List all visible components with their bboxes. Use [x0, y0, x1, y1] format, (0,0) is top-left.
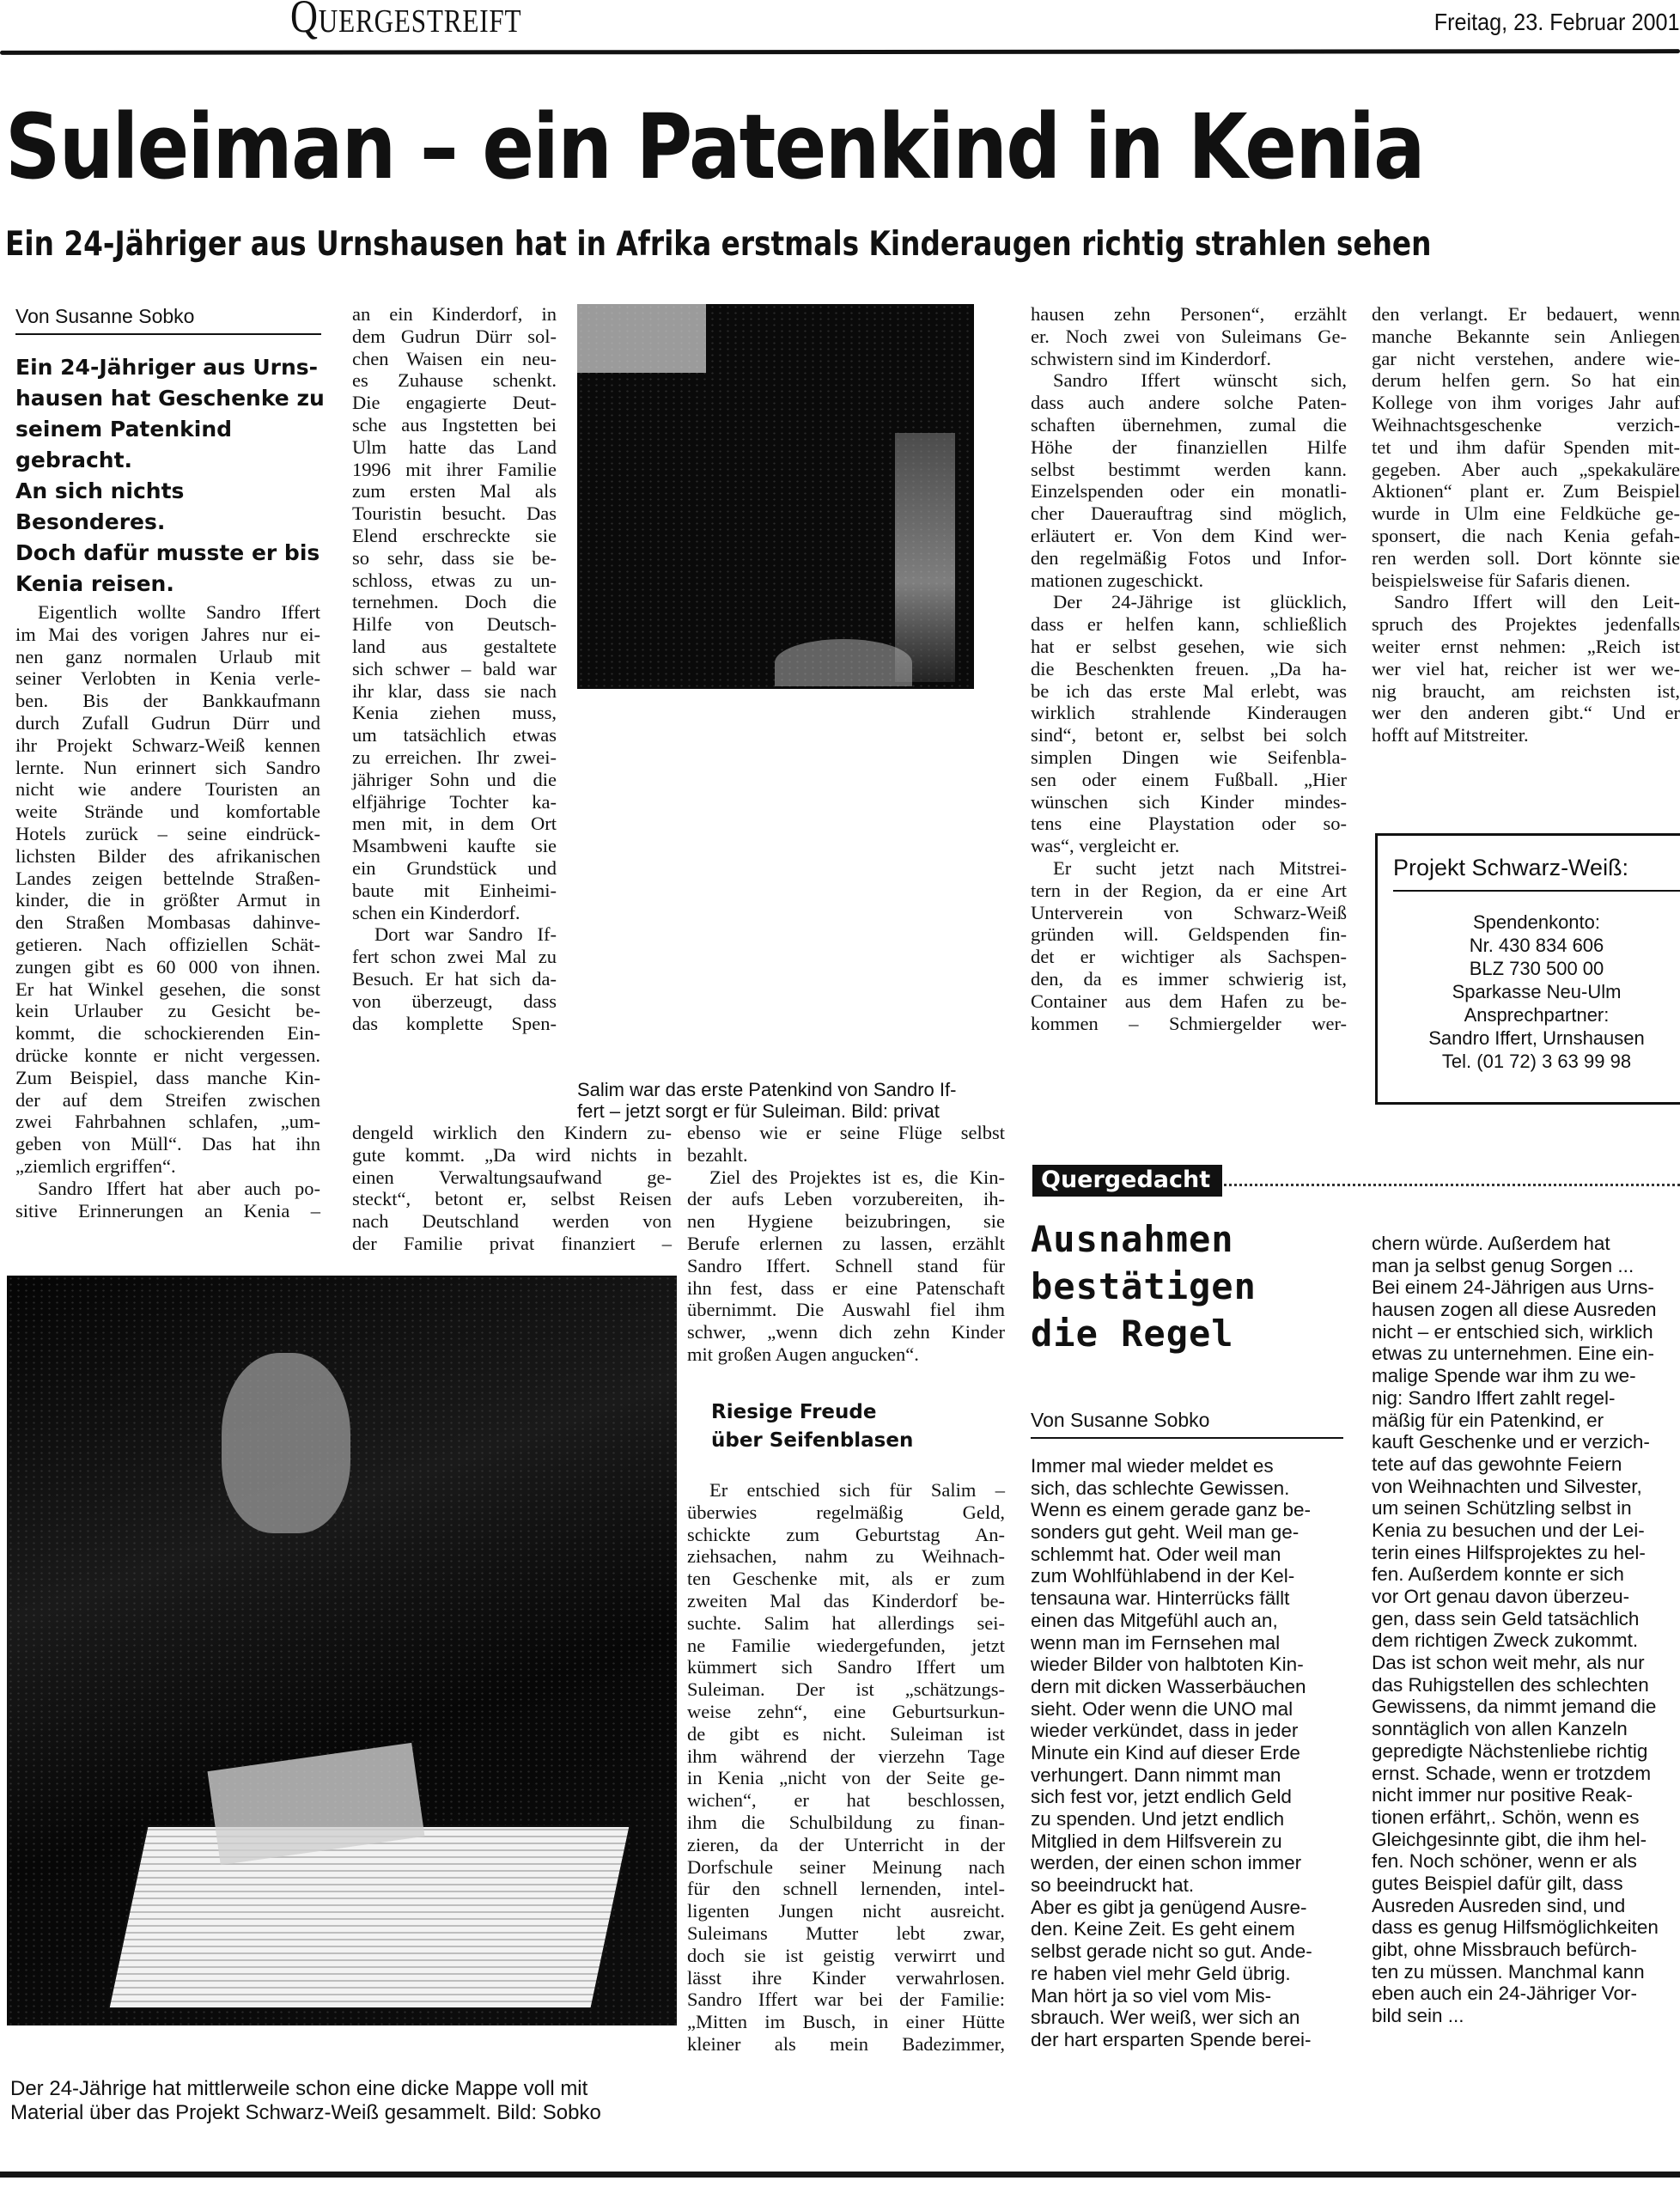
photo-caption-1: Salim war das erste Patenkind von Sandro… — [577, 1079, 1007, 1122]
text-line: dengeld wirklich den Kindern zu- — [352, 1122, 672, 1144]
text-line: etwas zu unternehmen. Eine ein- — [1372, 1343, 1680, 1365]
text-line: Sandro Iffert will den Leit- — [1372, 591, 1680, 613]
text-line: weite Strände und komfortable — [15, 801, 320, 823]
text-line: um tatsächlich etwas — [352, 724, 557, 746]
text-line: ein Grundstück und — [352, 857, 557, 880]
text-line: sponsert, die nach Kenia gefah- — [1372, 525, 1680, 547]
text-line: Ulm hatte das Land — [352, 436, 557, 459]
text-line: Der 24-Jährige hat mittlerweile schon ei… — [10, 2077, 680, 2101]
text-line: gepredigte Nächstenliebe richtig — [1372, 1740, 1680, 1763]
text-line: Sandro Iffert hat aber auch po- — [15, 1178, 320, 1200]
text-line: wichen“, er hat beschlossen, — [687, 1789, 1005, 1812]
article-column-2: an ein Kinderdorf, indem Gudrun Dürr sol… — [352, 303, 557, 1034]
text-line: zweiten Mal das Kinderdorf be- — [687, 1590, 1005, 1612]
text-line: einen das Mitgefühl auch an, — [1031, 1610, 1348, 1632]
text-line: zu erreichen. Ihr zwei- — [352, 746, 557, 769]
text-line: wurde in Ulm eine Feldküche ge- — [1372, 503, 1680, 525]
text-line: tete auf das gewohnte Feiern — [1372, 1453, 1680, 1476]
photo-salim — [577, 304, 974, 689]
text-line: von Weihnachten und Silvester, — [1372, 1476, 1680, 1498]
text-line: lernte. Nun erinnert sich Sandro — [15, 757, 320, 779]
text-line: gegeben. Aber auch „spekakuläre — [1372, 459, 1680, 481]
text-line: be ich das erste Mal erlebt, was — [1031, 680, 1347, 703]
text-line: cher Dauerauftrag sind möglich, — [1031, 503, 1347, 525]
text-line: „Mitten im Busch, in einer Hütte — [687, 2011, 1005, 2033]
text-line: gutes Beispiel dafür gilt, dass — [1372, 1873, 1680, 1895]
text-line: Aber es gibt ja genügend Ausre- — [1031, 1897, 1348, 1919]
text-line: sind“, betont er, selbst bei solch — [1031, 724, 1347, 746]
text-line: in Kenia „nicht von der Seite ge- — [687, 1767, 1005, 1789]
text-line: von überzeugt, dass — [352, 990, 557, 1013]
text-line: an ein Kinderdorf, in — [352, 303, 557, 326]
text-line: wünschen sich Kinder mindes- — [1031, 791, 1347, 813]
text-line: einen Verwaltungsaufwand ge- — [352, 1167, 672, 1189]
text-line: elfjährige Tochter ka- — [352, 791, 557, 813]
text-line: so beeindruckt hat. — [1031, 1874, 1348, 1897]
text-line: kein Urlauber zu Gesicht be- — [15, 1000, 320, 1022]
text-line: schen ein Kinderdorf. — [352, 902, 557, 924]
text-line: simplen Dingen wie Seifenbla- — [1031, 746, 1347, 769]
commentary-column-1: Immer mal wieder meldet essich, das schl… — [1031, 1455, 1348, 2051]
text-line: mit großen Augen angucken“. — [687, 1343, 1005, 1366]
text-line: Spendenkonto: — [1378, 911, 1680, 934]
text-line: nach Deutschland werden von — [352, 1210, 672, 1233]
text-line: Hilfe von Deutsch- — [352, 613, 557, 636]
text-line: Material über das Projekt Schwarz-Weiß g… — [10, 2101, 680, 2125]
text-line: dem Gudrun Dürr sol- — [352, 326, 557, 348]
text-line: bestätigen — [1031, 1263, 1357, 1310]
text-line: Landes zeigen bettelnde Straßen- — [15, 868, 320, 890]
text-line: „ziemlich ergriffen“. — [15, 1155, 320, 1178]
text-line: er. Noch zwei von Suleimans Ge- — [1031, 326, 1347, 348]
photo-face — [222, 1353, 350, 1533]
text-line: schickte zum Geburtstag An- — [687, 1524, 1005, 1546]
text-line: sieht. Oder wenn die UNO mal — [1031, 1698, 1348, 1721]
text-line: die Beschenkten freuen. „Da ha- — [1031, 658, 1347, 680]
text-line: über Seifenblasen — [711, 1427, 1003, 1455]
text-line: lässt ihre Kinder verwahrlosen. — [687, 1967, 1005, 1989]
text-line: tens eine Playstation oder so- — [1031, 813, 1347, 835]
text-line: spruch des Projektes jedenfalls — [1372, 613, 1680, 636]
text-line: Touristin besucht. Das — [352, 503, 557, 525]
text-line: Sandro Iffert. Schnell stand für — [687, 1255, 1005, 1277]
text-line: gar nicht verstehen, andere wie- — [1372, 348, 1680, 370]
text-line: sbrauch. Wer weiß, wer sich an — [1031, 2007, 1348, 2029]
text-line: zum Wohlfühlabend in der Kel- — [1031, 1565, 1348, 1587]
text-line: den Straßen Mombasas dahinve- — [15, 911, 320, 934]
text-line: Die engagierte Deut- — [352, 392, 557, 414]
text-line: ten zu müssen. Manchmal kann — [1372, 1961, 1680, 1983]
text-line: malige Spende war ihm zu we- — [1372, 1365, 1680, 1387]
text-line: derum helfen gern. So hat ein — [1372, 369, 1680, 392]
text-line: re haben viel mehr Geld übrig. — [1031, 1963, 1348, 1985]
text-line: das Ruhigstellen des schlechten — [1372, 1674, 1680, 1696]
info-box-details: Spendenkonto:Nr. 430 834 606BLZ 730 500 … — [1378, 911, 1680, 1073]
text-line: dass auch andere solche Paten- — [1031, 392, 1347, 414]
text-line: ebenso wie er seine Flüge selbst — [687, 1122, 1005, 1144]
commentary-tag: Quergedacht — [1032, 1165, 1222, 1197]
commentary-column-2: chern würde. Außerdem hatman ja selbst g… — [1372, 1233, 1680, 2027]
text-line: Tel. (01 72) 3 63 99 98 — [1378, 1050, 1680, 1073]
text-line: chern würde. Außerdem hat — [1372, 1233, 1680, 1255]
text-line: wer viel hat, reicher ist wer we- — [1372, 658, 1680, 680]
text-line: Er entschied sich für Salim – — [687, 1479, 1005, 1502]
text-line: im Mai des vorigen Jahres nur ei- — [15, 624, 320, 646]
text-line: kümmert sich Sandro Iffert um — [687, 1656, 1005, 1678]
text-line: suchte. Salim hat allerdings sei- — [687, 1612, 1005, 1635]
text-line: Unterverein von Schwarz-Weiß — [1031, 902, 1347, 924]
text-line: zu spenden. Und jetzt endlich — [1031, 1808, 1348, 1830]
text-line: Sandro Iffert war bei der Familie: — [687, 1989, 1005, 2011]
commentary-byline: Von Susanne Sobko — [1031, 1409, 1343, 1439]
photo-highlight — [577, 304, 706, 373]
text-line: Bei einem 24-Jährigen aus Urns- — [1372, 1276, 1680, 1299]
article-column-4: hausen zehn Personen“, erzählter. Noch z… — [1031, 303, 1347, 1034]
section-masthead: Quergestreift — [290, 0, 521, 43]
text-line: für den schnell lernenden, intel- — [687, 1878, 1005, 1900]
text-line: Eigentlich wollte Sandro Iffert — [15, 601, 320, 624]
text-line: schlemmt hat. Oder weil man — [1031, 1544, 1348, 1566]
text-line: Riesige Freude — [711, 1398, 1003, 1427]
text-line: Er sucht jetzt nach Mitstrei- — [1031, 857, 1347, 880]
text-line: selbst gerade nicht so gut. Ande- — [1031, 1940, 1348, 1963]
article-column-1: Eigentlich wollte Sandro Iffertim Mai de… — [15, 601, 320, 1221]
text-line: wenn man im Fernsehen mal — [1031, 1632, 1348, 1654]
text-line: tionen erfährt,. Schön, wenn es — [1372, 1806, 1680, 1829]
text-line: steckt“, betont er, selbst Reisen — [352, 1188, 672, 1210]
text-line: Weihnachtsgeschenke verzich- — [1372, 414, 1680, 436]
info-box-title: Projekt Schwarz-Weiß: — [1393, 855, 1680, 892]
text-line: nen ganz normalen Urlaub mit — [15, 646, 320, 668]
commentary-title: Ausnahmenbestätigendie Regel — [1031, 1215, 1357, 1357]
text-line: Gleichgesinnte gibt, die ihm hel- — [1372, 1829, 1680, 1851]
text-line: Höhe der finanziellen Hilfe — [1031, 436, 1347, 459]
text-line: Doch dafür musste er bis — [15, 538, 333, 569]
text-line: erläutert er. Von dem Kind wer- — [1031, 525, 1347, 547]
text-line: jähriger Sohn und die — [352, 769, 557, 791]
text-line: sich, das schlechte Gewissen. — [1031, 1477, 1348, 1500]
text-line: de gibt es nicht. Suleiman ist — [687, 1723, 1005, 1745]
text-line: schwistern sind im Kinderdorf. — [1031, 348, 1347, 370]
text-line: Kenia ziehen muss, — [352, 702, 557, 724]
text-line: Immer mal wieder meldet es — [1031, 1455, 1348, 1477]
text-line: verhungert. Dann nimmt man — [1031, 1764, 1348, 1787]
text-line: land aus gestaltete — [352, 636, 557, 658]
text-line: gen, dass sein Geld tatsächlich — [1372, 1608, 1680, 1630]
text-line: Sandro Iffert, Urnshausen — [1378, 1026, 1680, 1050]
photo-caption-2: Der 24-Jährige hat mittlerweile schon ei… — [10, 2077, 680, 2125]
text-line: schloss, etwas zu un- — [352, 570, 557, 592]
text-line: gründen will. Geldspenden fin- — [1031, 923, 1347, 946]
text-line: wer den anderen gibt.“ Und er — [1372, 702, 1680, 724]
text-line: dass er helfen kann, schließlich — [1031, 613, 1347, 636]
text-line: terin eines Hilfsprojektes zu hel- — [1372, 1542, 1680, 1564]
text-line: BLZ 730 500 00 — [1378, 957, 1680, 980]
text-line: sonders gut geht. Weil man ge- — [1031, 1521, 1348, 1544]
text-line: ihm die Schulbildung zu finan- — [687, 1812, 1005, 1834]
text-line: Suleimans Mutter lebt zwar, — [687, 1922, 1005, 1945]
text-line: getieren. Nach offiziellen Schät- — [15, 934, 320, 956]
text-line: fen. Außerdem konnte er sich — [1372, 1563, 1680, 1586]
text-line: so sehr, dass sie be- — [352, 547, 557, 570]
text-line: sich schwer – bald war — [352, 658, 557, 680]
text-line: mäßig für ein Patenkind, er — [1372, 1410, 1680, 1432]
article-column-3-continued: Er entschied sich für Salim –überwies re… — [687, 1479, 1005, 2056]
text-line: Zum Beispiel, dass manche Kin- — [15, 1067, 320, 1089]
text-line: den regelmäßig Fotos und Infor- — [1031, 547, 1347, 570]
footer-rule — [0, 2172, 1680, 2178]
text-line: Einzelspenden oder ein monatli- — [1031, 480, 1347, 503]
text-line: durch Zufall Gudrun Dürr und — [15, 712, 320, 734]
text-line: kommen – Schmiergelder wer- — [1031, 1013, 1347, 1035]
text-line: der hart ersparten Spende berei- — [1031, 2029, 1348, 2051]
text-line: um seinen Schützling selbst in — [1372, 1497, 1680, 1520]
text-line: es Zuhause schenkt. — [352, 369, 557, 392]
text-line: sitive Erinnerungen an Kenia – — [15, 1200, 320, 1222]
text-line: ternehmen. Doch die — [352, 591, 557, 613]
text-line: Minute ein Kind auf dieser Erde — [1031, 1742, 1348, 1764]
text-line: beispielsweise für Safaris dienen. — [1372, 570, 1680, 592]
text-line: nig braucht, am reichsten ist, — [1372, 680, 1680, 703]
text-line: ihr Projekt Schwarz-Weiß kennen — [15, 734, 320, 757]
text-line: man ja selbst genug Sorgen ... — [1372, 1255, 1680, 1277]
text-line: kommt, die schockierenden Ein- — [15, 1022, 320, 1045]
text-line: dem richtigen Zweck zukommt. — [1372, 1629, 1680, 1652]
photo-highlight — [775, 639, 912, 686]
text-line: Sandro Iffert wünscht sich, — [1031, 369, 1347, 392]
article-column-2-continued: dengeld wirklich den Kindern zu-gute kom… — [352, 1122, 672, 1255]
text-line: ernst. Schade, wenn er trotzdem — [1372, 1763, 1680, 1785]
text-line: sche aus Ingstetten bei — [352, 414, 557, 436]
text-line: Dorfschule seiner Meinung nach — [687, 1856, 1005, 1879]
text-line: hat er selbst gesehen, wie sich — [1031, 636, 1347, 658]
photo-sandro-iffert — [7, 1276, 677, 2025]
text-line: Elend erschreckte sie — [352, 525, 557, 547]
text-line: fert schon zwei Mal zu — [352, 946, 557, 968]
text-line: Msambweni kaufte sie — [352, 835, 557, 857]
text-line: gibt, ohne Missbrauch befürch- — [1372, 1939, 1680, 1961]
text-line: überwies regelmäßig Geld, — [687, 1502, 1005, 1524]
text-line: seinem Patenkind gebracht. — [15, 414, 333, 476]
text-line: Dort war Sandro If- — [352, 923, 557, 946]
text-line: 1996 mit ihrer Familie — [352, 459, 557, 481]
text-line: nen Hygiene beizubringen, sie — [687, 1210, 1005, 1233]
text-line: nig: Sandro Iffert zahlt regel- — [1372, 1387, 1680, 1410]
issue-date: Freitag, 23. Februar 2001 — [1434, 9, 1680, 36]
text-line: ihm während der vierzehn Tage — [687, 1745, 1005, 1768]
text-line: tensauna war. Hinterrücks fällt — [1031, 1587, 1348, 1610]
text-line: der Familie privat finanziert – — [352, 1233, 672, 1255]
text-line: eben auch ein 24-Jähriger Vor- — [1372, 1983, 1680, 2005]
text-line: hausen hat Geschenke zu — [15, 383, 333, 414]
text-line: gute kommt. „Da wird nichts in — [352, 1144, 672, 1167]
text-line: Suleiman. Der ist „schätzungs- — [687, 1678, 1005, 1701]
text-line: fert – jetzt sorgt er für Suleiman. Bild… — [577, 1100, 1007, 1122]
text-line: dern mit dicken Wasserbäuchen — [1031, 1676, 1348, 1698]
text-line: Kenia zu besuchen und der Lei- — [1372, 1520, 1680, 1542]
text-line: sich fest vor, jetzt endlich Geld — [1031, 1786, 1348, 1808]
dotted-rule — [1224, 1184, 1680, 1186]
text-line: was“, vergleicht er. — [1031, 835, 1347, 857]
text-line: An sich nichts Besonderes. — [15, 476, 333, 538]
article-subheadline: Ein 24-Jähriger aus Urnshausen hat in Af… — [5, 225, 1431, 264]
text-line: Er hat Winkel gesehen, die sonst — [15, 978, 320, 1001]
text-line: ben. Bis der Bankkaufmann — [15, 690, 320, 712]
text-line: mationen zugeschickt. — [1031, 570, 1347, 592]
text-line: Wenn es einem gerade ganz be- — [1031, 1499, 1348, 1521]
text-line: Ansprechpartner: — [1378, 1003, 1680, 1026]
text-line: nicht immer nur positive Reak- — [1372, 1784, 1680, 1806]
text-line: Kollege von ihm voriges Jahr auf — [1372, 392, 1680, 414]
text-line: kinder, die in größter Armut in — [15, 889, 320, 911]
text-line: baute mit Einheimi- — [352, 880, 557, 902]
text-line: hofft auf Mitstreiter. — [1372, 724, 1680, 746]
text-line: tet und ihm dafür Spenden mit- — [1372, 436, 1680, 459]
text-line: Ein 24-Jähriger aus Urns- — [15, 352, 333, 383]
text-line: schwer, „wenn dich zehn Kinder — [687, 1321, 1005, 1343]
text-line: weise zehn“, eine Geburtsurkun- — [687, 1701, 1005, 1723]
text-line: zum ersten Mal als — [352, 480, 557, 503]
text-line: dass es genug Hilfsmöglichkeiten — [1372, 1916, 1680, 1939]
text-line: zwei Fahrbahnen schlafen, „um- — [15, 1111, 320, 1133]
text-line: sen oder einem Fußball. „Hier — [1031, 769, 1347, 791]
text-line: Das ist schon weit mehr, als nur — [1372, 1652, 1680, 1674]
text-line: kleiner als mein Badezimmer, — [687, 2033, 1005, 2056]
text-line: der aufs Leben vorzubereiten, ih- — [687, 1188, 1005, 1210]
text-line: Kenia reisen. — [15, 569, 333, 600]
donation-info-box: Projekt Schwarz-Weiß: Spendenkonto:Nr. 4… — [1375, 833, 1680, 1105]
text-line: hausen zehn Personen“, erzählt — [1031, 303, 1347, 326]
text-line: ligenten Jungen nicht ausreicht. — [687, 1900, 1005, 1922]
text-line: nicht – er entschied sich, wirklich — [1372, 1321, 1680, 1343]
text-line: übernimmt. Die Auswahl fiel ihm — [687, 1299, 1005, 1321]
text-line: vor Ort genau davon überzeu- — [1372, 1586, 1680, 1608]
text-line: seiner Verlobten in Kenia verle- — [15, 667, 320, 690]
text-line: Mitglied in dem Hilfsverein zu — [1031, 1830, 1348, 1853]
text-line: Man hört ja so viel vom Mis- — [1031, 1985, 1348, 2007]
text-line: ten Geschenke mit, als er zum — [687, 1568, 1005, 1590]
text-line: tern in der Region, da er eine Art — [1031, 880, 1347, 902]
header-rule — [0, 49, 1680, 55]
article-column-5: den verlangt. Er bedauert, wennmanche Be… — [1372, 303, 1680, 746]
text-line: den. Keine Zeit. Es geht einem — [1031, 1918, 1348, 1940]
text-line: ren werden soll. Dort könnte sie — [1372, 547, 1680, 570]
byline: Von Susanne Sobko — [15, 305, 321, 335]
text-line: bezahlt. — [687, 1144, 1005, 1167]
text-line: Ausnahmen — [1031, 1215, 1357, 1263]
text-line: wirklich strahlende Kinderaugen — [1031, 702, 1347, 724]
text-line: wieder Bilder von halbtoten Kin- — [1031, 1654, 1348, 1676]
text-line: fen. Noch schöner, wenn er als — [1372, 1850, 1680, 1873]
text-line: men mit, in dem Ort — [352, 813, 557, 835]
text-line: Berufe erlernen zu lassen, erzählt — [687, 1233, 1005, 1255]
text-line: Sparkasse Neu-Ulm — [1378, 980, 1680, 1003]
photo-highlight — [895, 433, 955, 682]
text-line: Aktionen“ plant er. Zum Beispiel — [1372, 480, 1680, 503]
text-line: den, da es immer schwierig ist, — [1031, 968, 1347, 990]
text-line: Der 24-Jährige ist glücklich, — [1031, 591, 1347, 613]
text-line: Gewissens, da nimmt jemand die — [1372, 1696, 1680, 1718]
text-line: bild sein ... — [1372, 2005, 1680, 2027]
text-line: Container aus dem Hafen zu be- — [1031, 990, 1347, 1013]
text-line: selbst bestimmt werden kann. — [1031, 459, 1347, 481]
text-line: Ziel des Projektes ist es, die Kin- — [687, 1167, 1005, 1189]
text-line: drücke konnte er nicht vergessen. — [15, 1045, 320, 1067]
photo-folder — [107, 1825, 630, 2009]
text-line: det er wichtiger als Sachspen- — [1031, 946, 1347, 968]
text-line: doch sie ist geistig verwirrt und — [687, 1945, 1005, 1967]
article-headline: Suleiman – ein Patenkind in Kenia — [5, 94, 1424, 199]
text-line: kauft Geschenke und er verzich- — [1372, 1431, 1680, 1453]
text-line: ihn fest, dass er eine Patenschaft — [687, 1277, 1005, 1300]
text-line: Salim war das erste Patenkind von Sandro… — [577, 1079, 1007, 1100]
text-line: weiter ernst nehmen: „Reich ist — [1372, 636, 1680, 658]
section-heading: Riesige Freudeüber Seifenblasen — [711, 1398, 1003, 1455]
text-line: schaften übernehmen, zumal die — [1031, 414, 1347, 436]
text-line: zungen gibt es 60 000 von ihnen. — [15, 956, 320, 978]
text-line: sonntäglich von allen Kanzeln — [1372, 1718, 1680, 1740]
text-line: ziehsachen, nahm zu Weihnach- — [687, 1545, 1005, 1568]
text-line: den verlangt. Er bedauert, wenn — [1372, 303, 1680, 326]
text-line: geben von Müll“. Das hat ihn — [15, 1133, 320, 1155]
text-line: lichsten Bilder des afrikanischen — [15, 845, 320, 868]
text-line: Ausreden Ausreden sind, und — [1372, 1895, 1680, 1917]
text-line: zieren, da der Unterricht in der — [687, 1834, 1005, 1856]
text-line: Besuch. Er hat sich da- — [352, 968, 557, 990]
text-line: das komplette Spen- — [352, 1013, 557, 1035]
text-line: Hotels zurück – seine eindrück- — [15, 823, 320, 845]
article-column-3: ebenso wie er seine Flüge selbstbezahlt.… — [687, 1122, 1005, 1366]
text-line: nicht wie andere Touristen an — [15, 778, 320, 801]
text-line: hausen zogen all diese Ausreden — [1372, 1299, 1680, 1321]
text-line: chen Waisen ein neu- — [352, 348, 557, 370]
article-lead: Ein 24-Jähriger aus Urns-hausen hat Gesc… — [15, 352, 333, 600]
text-line: werden, der einen schon immer — [1031, 1852, 1348, 1874]
text-line: wieder verkündet, dass in jeder — [1031, 1720, 1348, 1742]
text-line: ne Familie wiedergefunden, jetzt — [687, 1635, 1005, 1657]
text-line: die Regel — [1031, 1310, 1357, 1357]
text-line: der auf dem Streifen zwischen — [15, 1089, 320, 1112]
text-line: manche Bekannte sein Anliegen — [1372, 326, 1680, 348]
text-line: Nr. 430 834 606 — [1378, 934, 1680, 957]
text-line: ihr klar, dass sie nach — [352, 680, 557, 703]
